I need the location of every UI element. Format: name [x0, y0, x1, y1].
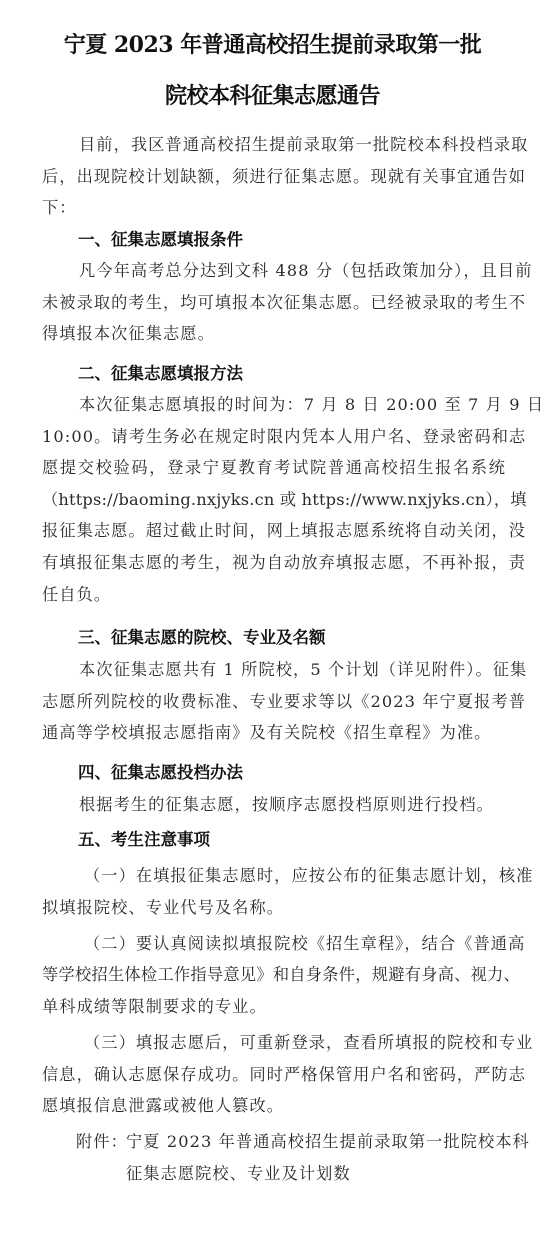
- section-heading: 五、考生注意事项: [78, 829, 210, 851]
- body-line: 通高等学校填报志愿指南》及有关院校《招生章程》为准。: [42, 722, 491, 744]
- body-line: 凡今年高考总分达到文科 488 分（包括政策加分），且目前: [79, 260, 506, 282]
- body-line: 愿提交校验码，登录宁夏教育考试院普通高校招生报名系统: [42, 457, 506, 479]
- body-line: 报征集志愿。超过截止时间，网上填报志愿系统将自动关闭，没: [42, 520, 506, 542]
- section-heading: 一、征集志愿填报条件: [78, 229, 243, 251]
- attachment-title-line: 宁夏 2023 年普通高校招生提前录取第一批院校本科: [126, 1131, 506, 1153]
- document-title-line-1: 宁夏 2023 年普通高校招生提前录取第一批: [0, 28, 545, 59]
- body-line: 本次征集志愿填报的时间为：7 月 8 日 20:00 至 7 月 9 日: [79, 394, 506, 416]
- intro-line: 下：: [42, 197, 77, 219]
- body-line: 有填报征集志愿的考生，视为自动放弃填报志愿，不再补报，责: [42, 552, 506, 574]
- body-line: 未被录取的考生，均可填报本次征集志愿。已经被录取的考生不: [42, 292, 506, 314]
- body-line: （二）要认真阅读拟填报院校《招生章程》，结合《普通高: [84, 933, 506, 955]
- body-line: 得填报本次征集志愿。: [42, 323, 215, 345]
- body-line: （一）在填报征集志愿时，应按公布的征集志愿计划，核准: [84, 865, 506, 887]
- body-line: 单科成绩等限制要求的专业。: [42, 996, 267, 1018]
- body-line: 拟填报院校、专业代号及名称。: [42, 897, 284, 919]
- body-line: 根据考生的征集志愿，按顺序志愿投档原则进行投档。: [79, 794, 494, 816]
- body-line: （三）填报志愿后，可重新登录，查看所填报的院校和专业: [84, 1032, 506, 1054]
- intro-line: 目前，我区普通高校招生提前录取第一批院校本科投档录取: [79, 134, 506, 156]
- document-title-line-2: 院校本科征集志愿通告: [0, 79, 545, 110]
- intro-line: 后，出现院校计划缺额，须进行征集志愿。现就有关事宜通告如: [42, 166, 506, 188]
- attachment-title-line: 征集志愿院校、专业及计划数: [126, 1163, 351, 1185]
- body-line: 本次征集志愿共有 1 所院校，5 个计划（详见附件）。征集: [79, 659, 506, 681]
- body-line: 愿填报信息泄露或被他人篡改。: [42, 1095, 284, 1117]
- body-line: 任自负。: [42, 584, 111, 606]
- body-line: 信息，确认志愿保存成功。同时严格保管用户名和密码，严防志: [42, 1064, 506, 1086]
- section-heading: 二、征集志愿填报方法: [78, 363, 243, 385]
- section-heading: 三、征集志愿的院校、专业及名额: [78, 627, 326, 649]
- section-heading: 四、征集志愿投档办法: [78, 762, 243, 784]
- body-line: 等学校招生体检工作指导意见》和自身条件，规避有身高、视力、: [42, 964, 506, 986]
- body-line: 10:00。请考生务必在规定时限内凭本人用户名、登录密码和志: [42, 426, 506, 448]
- attachment-label: 附件：: [76, 1131, 128, 1153]
- body-line-with-urls: （https://baoming.nxjyks.cn 或 https://www…: [42, 489, 506, 511]
- body-line: 志愿所列院校的收费标准、专业要求等以《2023 年宁夏报考普: [42, 691, 506, 713]
